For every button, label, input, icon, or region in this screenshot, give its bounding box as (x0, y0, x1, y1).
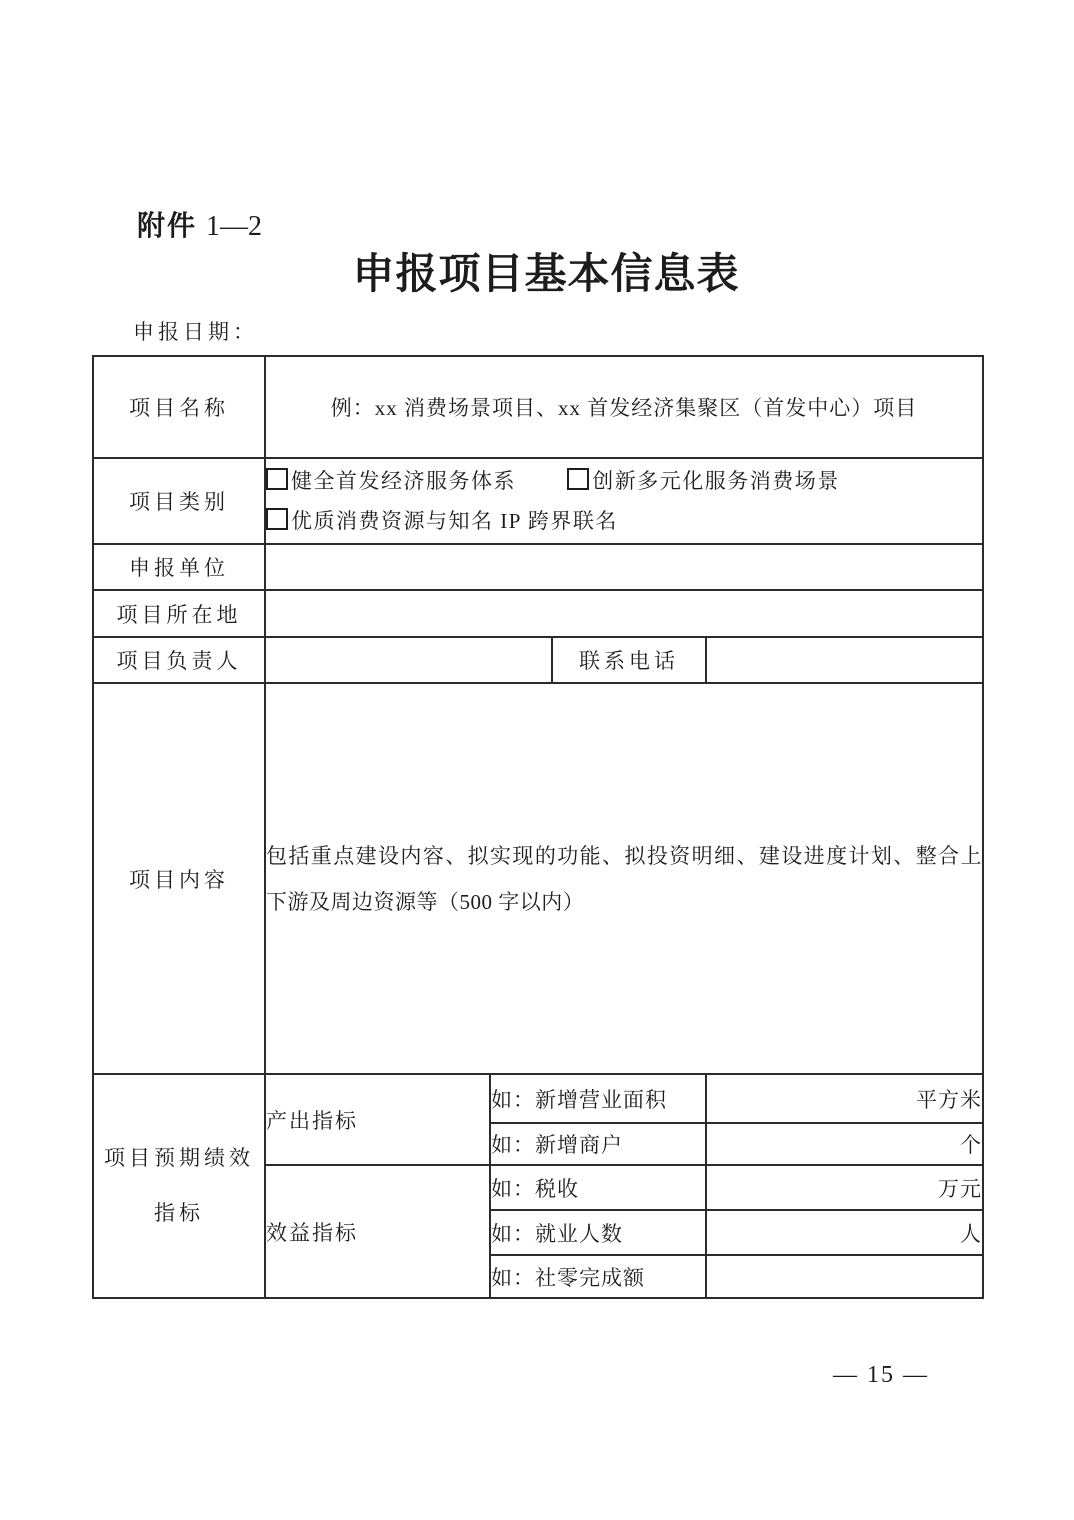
indicator-name: 如：就业人数 (490, 1210, 706, 1255)
row-applicant-unit: 申报单位 (93, 544, 983, 590)
category-line-1: 健全首发经济服务体系 创新多元化服务消费场景 (266, 461, 982, 501)
page-title: 申报项目基本信息表 (9, 249, 1074, 301)
category-option-2: 创新多元化服务消费场景 (567, 461, 840, 501)
category-option-1: 健全首发经济服务体系 (266, 461, 516, 501)
indicator-name: 如：新增商户 (490, 1123, 706, 1165)
row-project-name: 项目名称 例：xx 消费场景项目、xx 首发经济集聚区（首发中心）项目 (93, 356, 983, 458)
indicator-name: 如：社零完成额 (490, 1255, 706, 1298)
row-project-content: 项目内容 包括重点建设内容、拟实现的功能、拟投资明细、建设进度计划、整合上 下游… (93, 683, 983, 1074)
project-name-value: 例：xx 消费场景项目、xx 首发经济集聚区（首发中心）项目 (265, 356, 983, 458)
row-project-location: 项目所在地 (93, 590, 983, 637)
project-name-label: 项目名称 (93, 356, 265, 458)
project-category-label: 项目类别 (93, 458, 265, 544)
attachment-label: 附件1—2 (137, 209, 262, 244)
performance-label-line: 项目预期绩效 (94, 1131, 264, 1186)
indicator-unit-cell (706, 1255, 983, 1298)
project-location-value-cell (265, 590, 983, 637)
row-project-category: 项目类别 健全首发经济服务体系 创新多元化服务消费场景 优质消费资源与知名 IP… (93, 458, 983, 544)
contact-phone-value-cell (706, 637, 983, 683)
project-leader-value-cell (265, 637, 552, 683)
category-option-label: 健全首发经济服务体系 (291, 469, 516, 493)
row-project-leader: 项目负责人 联系电话 (93, 637, 983, 683)
indicator-unit-cell: 个 (706, 1123, 983, 1165)
project-leader-label: 项目负责人 (93, 637, 265, 683)
checkbox-icon[interactable] (567, 468, 589, 490)
project-category-options: 健全首发经济服务体系 创新多元化服务消费场景 优质消费资源与知名 IP 跨界联名 (265, 458, 983, 544)
indicator-name: 如：税收 (490, 1165, 706, 1210)
checkbox-icon[interactable] (266, 468, 288, 490)
project-info-table: 项目名称 例：xx 消费场景项目、xx 首发经济集聚区（首发中心）项目 项目类别… (92, 355, 984, 1299)
project-content-line: 下游及周边资源等（500 字以内） (266, 879, 982, 925)
indicator-unit-cell: 平方米 (706, 1074, 983, 1123)
category-line-2: 优质消费资源与知名 IP 跨界联名 (266, 501, 982, 541)
indicator-unit-cell: 万元 (706, 1165, 983, 1210)
indicator-unit-cell: 人 (706, 1210, 983, 1255)
category-option-3: 优质消费资源与知名 IP 跨界联名 (266, 501, 618, 541)
project-location-label: 项目所在地 (93, 590, 265, 637)
project-content-label: 项目内容 (93, 683, 265, 1074)
applicant-unit-label: 申报单位 (93, 544, 265, 590)
checkbox-icon[interactable] (266, 508, 288, 530)
project-content-text: 包括重点建设内容、拟实现的功能、拟投资明细、建设进度计划、整合上 下游及周边资源… (265, 683, 983, 1074)
page-number: — 15 — (833, 1362, 929, 1389)
category-option-label: 优质消费资源与知名 IP 跨界联名 (291, 509, 618, 533)
attachment-number: 1—2 (206, 211, 262, 242)
output-indicators-label: 产出指标 (265, 1074, 490, 1165)
applicant-unit-value-cell (265, 544, 983, 590)
benefit-indicators-label: 效益指标 (265, 1165, 490, 1298)
contact-phone-label: 联系电话 (552, 637, 706, 683)
project-content-line: 包括重点建设内容、拟实现的功能、拟投资明细、建设进度计划、整合上 (266, 833, 982, 879)
category-option-label: 创新多元化服务消费场景 (592, 469, 840, 493)
date-label: 申报日期： (133, 316, 258, 346)
indicator-name: 如：新增营业面积 (490, 1074, 706, 1123)
performance-section-label: 项目预期绩效 指标 (93, 1074, 265, 1298)
document-page: 附件1—2 申报项目基本信息表 申报日期： 项目名称 例：xx 消费场景项目、x… (0, 0, 1074, 1520)
attachment-prefix: 附件 (137, 210, 197, 241)
performance-label-line: 指标 (94, 1186, 264, 1241)
row-indicator-1: 项目预期绩效 指标 产出指标 如：新增营业面积 平方米 (93, 1074, 983, 1123)
